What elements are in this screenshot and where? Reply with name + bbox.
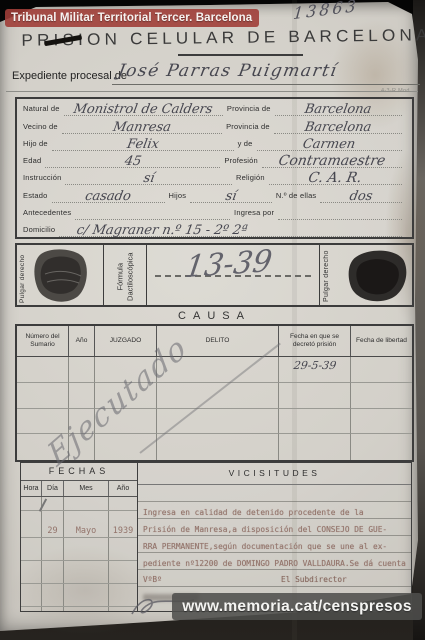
hora-value: [21, 511, 42, 537]
field-label: Provincia de: [227, 104, 271, 116]
fechas-col-header: Hora: [21, 481, 42, 496]
causa-col-header: JUZGADO: [95, 326, 157, 356]
archive-banner: Tribunal Militar Territorial Tercer. Bar…: [5, 9, 259, 27]
field-value: Monistrol de Calders: [73, 102, 214, 117]
causa-row: [17, 409, 412, 435]
mes-value: Mayo: [64, 511, 109, 537]
vicisitudes-title: VICISITUDES: [138, 463, 411, 485]
field-label: Profesión: [224, 156, 258, 168]
field-line: 45: [45, 151, 220, 168]
field-line: Monistrol de Calders: [64, 99, 223, 116]
field-value: Barcelona: [304, 102, 373, 117]
field-label: Domicilio: [23, 225, 55, 237]
field-line: Felix: [52, 134, 234, 151]
fechas-row: [21, 607, 137, 611]
field-label: N.º de ellas: [276, 191, 317, 203]
vicisitudes-line: Ingresa en calidad de detenido procedent…: [138, 502, 411, 519]
fingerprint-right-image: [344, 247, 410, 303]
fechas-row: [21, 538, 137, 561]
fingerprint-right-cell: Pulgar derecho: [320, 245, 412, 305]
field-label: Natural de: [23, 104, 60, 116]
field-label: Instrucción: [23, 173, 61, 185]
field-line: sí: [190, 185, 272, 202]
causa-row: 29-5-39: [17, 357, 412, 383]
field-line: Barcelona: [275, 99, 402, 116]
field-label: Religión: [236, 173, 265, 185]
field-value: sí: [142, 171, 155, 186]
field-value: dos: [348, 189, 373, 204]
fingerprint-section: Pulgar derecho Fórmula Dactiloscópica 13…: [15, 243, 414, 307]
bottom-section: FECHAS Hora Día Mes Año 29 Mayo 1939: [20, 462, 412, 612]
form-row: Vecino de Manresa Provincia de Barcelona: [17, 116, 412, 133]
field-line: [278, 203, 402, 220]
field-line: Manresa: [62, 116, 222, 133]
fechas-col-header: Mes: [64, 481, 109, 496]
vicisitudes-line: RRA PERMANENTE,según documentación que s…: [138, 536, 411, 553]
scanned-prison-record: { "overlays": { "banner": "Tribunal Mili…: [0, 0, 425, 640]
title-underline: [178, 54, 303, 56]
causa-row: [17, 434, 412, 460]
form-reference: 4-3-R Mod.: [381, 88, 412, 94]
expediente-label: Expediente procesal de: [12, 70, 127, 82]
formula-label: Fórmula Dactiloscópica: [115, 246, 135, 308]
field-line: Carmen: [257, 134, 402, 151]
visto-bueno: VºBº: [143, 575, 162, 584]
fingerprint-right-label: Pulgar derecho: [323, 250, 330, 302]
field-line: c/ Magraner n.º 15 - 2º 2ª: [59, 220, 402, 237]
field-value: casado: [84, 189, 132, 204]
form-row: Domicilio c/ Magraner n.º 15 - 2º 2ª: [17, 220, 412, 237]
form-row: Edad 45 Profesión Contramaestre: [17, 151, 412, 168]
vicisitudes-line: pediente nº12200 de DOMINGO PADRO VALLDA…: [138, 553, 411, 570]
causa-col-header: Fecha de libertad: [351, 326, 412, 356]
formula-label-cell: Fórmula Dactiloscópica: [104, 245, 147, 305]
form-row: Hijo de Felix y de Carmen: [17, 134, 412, 151]
website-watermark: www.memoria.cat/censpresos: [172, 593, 422, 620]
ruled-line: [6, 91, 418, 92]
field-label: Antecedentes: [23, 208, 71, 220]
field-line: Barcelona: [274, 116, 402, 133]
field-line: casado: [52, 185, 165, 202]
form-row: Estado casado Hijos sí N.º de ellas dos: [17, 185, 412, 202]
fecha-prision-value: 29-5-39: [292, 359, 336, 372]
field-value: Felix: [126, 137, 160, 152]
field-value: Manresa: [112, 120, 172, 135]
field-line: Contramaestre: [262, 151, 402, 168]
field-label: Ingresa por: [234, 208, 274, 220]
causa-col-header: Fecha en que se decretó prisión: [279, 326, 351, 356]
fechas-header-row: Hora Día Mes Año: [21, 481, 137, 497]
field-label: Hijos: [169, 191, 187, 203]
field-value: 45: [123, 154, 142, 169]
fechas-row: 29 Mayo 1939: [21, 511, 137, 538]
ruled-line: [112, 84, 420, 85]
formula-area: 13-39: [147, 245, 320, 305]
fechas-rows: 29 Mayo 1939: [21, 497, 137, 611]
causa-title: CAUSA: [15, 310, 414, 322]
signature-line: VºBº El Subdirector: [138, 570, 411, 587]
field-value: Barcelona: [303, 120, 372, 135]
causa-header-row: Número del Sumario Año JUZGADO DELITO Fe…: [17, 326, 412, 357]
field-value: C. A. R.: [307, 170, 363, 186]
causa-col-header: DELITO: [157, 326, 279, 356]
fingerprint-left-label: Pulgar derecho: [19, 249, 26, 303]
causa-col-header: Número del Sumario: [17, 326, 69, 356]
field-label: Edad: [23, 156, 41, 168]
form-row: Natural de Monistrol de Calders Provinci…: [17, 99, 412, 116]
fechas-title: FECHAS: [21, 463, 137, 481]
field-value: Carmen: [302, 137, 357, 152]
fechas-row: [21, 584, 137, 607]
prisoner-name: José Parras Puigmartí: [116, 61, 339, 81]
dia-value: 29: [42, 511, 64, 537]
fechas-col-header: Día: [42, 481, 64, 496]
form-row: Instrucción sí Religión C. A. R.: [17, 168, 412, 185]
field-label: Estado: [23, 191, 48, 203]
field-line: dos: [320, 185, 402, 202]
fechas-row: [21, 561, 137, 584]
personal-details-box: Natural de Monistrol de Calders Provinci…: [15, 97, 414, 239]
subdirector-signature: El Subdirector: [281, 575, 347, 584]
field-value: c/ Magraner n.º 15 - 2º 2ª: [76, 223, 249, 238]
field-label: y de: [238, 139, 253, 151]
vicisitudes-line: Prisión de Manresa,a disposición del CON…: [138, 519, 411, 536]
causa-col-header: Año: [69, 326, 95, 356]
field-line: C. A. R.: [269, 168, 402, 185]
ruled-line: [138, 485, 411, 502]
field-value: sí: [224, 189, 237, 204]
fingerprint-left-image: [31, 246, 93, 304]
field-label: Vecino de: [23, 122, 58, 134]
fechas-table: FECHAS Hora Día Mes Año 29 Mayo 1939: [21, 463, 138, 611]
field-value: Contramaestre: [277, 153, 386, 169]
formula-value: 13-39: [183, 244, 274, 285]
field-label: Provincia de: [226, 122, 270, 134]
field-label: Hijo de: [23, 139, 48, 151]
field-line: sí: [65, 168, 232, 185]
fingerprint-left-cell: Pulgar derecho: [17, 245, 104, 305]
form-row: Antecedentes Ingresa por: [17, 203, 412, 220]
field-line: [75, 203, 230, 220]
fechas-col-header: Año: [109, 481, 137, 496]
ano-value: 1939: [109, 511, 137, 537]
